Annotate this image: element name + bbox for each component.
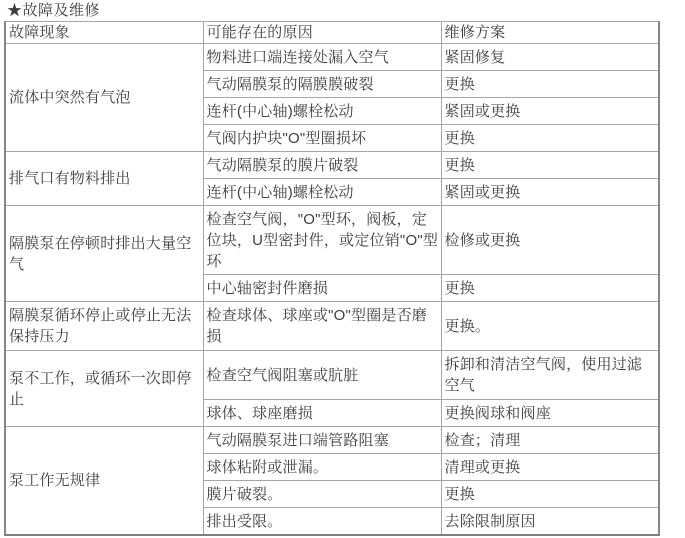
cause-cell: 气动隔膜泵进口端管路阻塞 <box>203 427 441 454</box>
cause-cell: 球体粘附或泄漏。 <box>203 454 441 481</box>
table-row: 泵不工作，或循环一次即停止 检查空气阀阻塞或肮脏 拆卸和清洁空气阀，使用过滤空气 <box>5 351 659 400</box>
table-row: 泵工作无规律 气动隔膜泵进口端管路阻塞 检查；清理 <box>5 427 659 454</box>
cause-cell: 物料进口端连接处漏入空气 <box>203 44 441 71</box>
fix-cell: 检修或更换 <box>441 206 659 275</box>
fix-cell: 去除限制原因 <box>441 508 659 536</box>
phenomenon-cell: 隔膜泵在停顿时排出大量空气 <box>5 206 203 302</box>
fix-cell: 更换 <box>441 125 659 152</box>
cause-cell: 气动隔膜泵的隔膜膜破裂 <box>203 71 441 98</box>
fix-cell: 紧固或更换 <box>441 179 659 206</box>
cause-cell: 检查空气阀阻塞或肮脏 <box>203 351 441 400</box>
col-header-phenomenon: 故障现象 <box>5 22 203 44</box>
cause-cell: 球体、球座磨损 <box>203 400 441 427</box>
cause-cell: 气阀内护块"O"型圈损坏 <box>203 125 441 152</box>
fix-cell: 拆卸和清洁空气阀，使用过滤空气 <box>441 351 659 400</box>
phenomenon-cell: 泵工作无规律 <box>5 427 203 536</box>
fix-cell: 更换 <box>441 275 659 302</box>
cause-cell: 气动隔膜泵的膜片破裂 <box>203 152 441 179</box>
table-row: 隔膜泵循环停止或停止无法保持压力 检查球体、球座或"O"型圈是否磨损 更换。 <box>5 302 659 351</box>
fix-cell: 更换阀球和阀座 <box>441 400 659 427</box>
cause-cell: 排出受限。 <box>203 508 441 536</box>
fix-cell: 更换 <box>441 481 659 508</box>
phenomenon-cell: 泵不工作，或循环一次即停止 <box>5 351 203 427</box>
table-row: 排气口有物料排出 气动隔膜泵的膜片破裂 更换 <box>5 152 659 179</box>
cause-cell: 中心轴密封件磨损 <box>203 275 441 302</box>
cause-cell: 膜片破裂。 <box>203 481 441 508</box>
cause-cell: 检查空气阀，"O"型环，阀板，定位块，U型密封件，或定位销"O"型环 <box>203 206 441 275</box>
phenomenon-cell: 排气口有物料排出 <box>5 152 203 206</box>
table-header-row: 故障现象 可能存在的原因 维修方案 <box>5 22 659 44</box>
table-row: 流体中突然有气泡 物料进口端连接处漏入空气 紧固修复 <box>5 44 659 71</box>
fix-cell: 更换 <box>441 71 659 98</box>
cause-cell: 连杆(中心轴)螺栓松动 <box>203 179 441 206</box>
fix-cell: 更换 <box>441 152 659 179</box>
fix-cell: 检查；清理 <box>441 427 659 454</box>
col-header-fix: 维修方案 <box>441 22 659 44</box>
document-page: ★故障及维修 故障现象 可能存在的原因 维修方案 流体中突然有气泡 物料进口端连… <box>0 0 685 538</box>
table-row: 隔膜泵在停顿时排出大量空气 检查空气阀，"O"型环，阀板，定位块，U型密封件，或… <box>5 206 659 275</box>
fix-cell: 清理或更换 <box>441 454 659 481</box>
fault-maintenance-table: 故障现象 可能存在的原因 维修方案 流体中突然有气泡 物料进口端连接处漏入空气 … <box>4 21 660 536</box>
fix-cell: 更换。 <box>441 302 659 351</box>
phenomenon-cell: 隔膜泵循环停止或停止无法保持压力 <box>5 302 203 351</box>
col-header-cause: 可能存在的原因 <box>203 22 441 44</box>
fix-cell: 紧固或更换 <box>441 98 659 125</box>
fix-cell: 紧固修复 <box>441 44 659 71</box>
section-title: ★故障及维修 <box>7 2 685 19</box>
cause-cell: 检查球体、球座或"O"型圈是否磨损 <box>203 302 441 351</box>
cause-cell: 连杆(中心轴)螺栓松动 <box>203 98 441 125</box>
phenomenon-cell: 流体中突然有气泡 <box>5 44 203 152</box>
